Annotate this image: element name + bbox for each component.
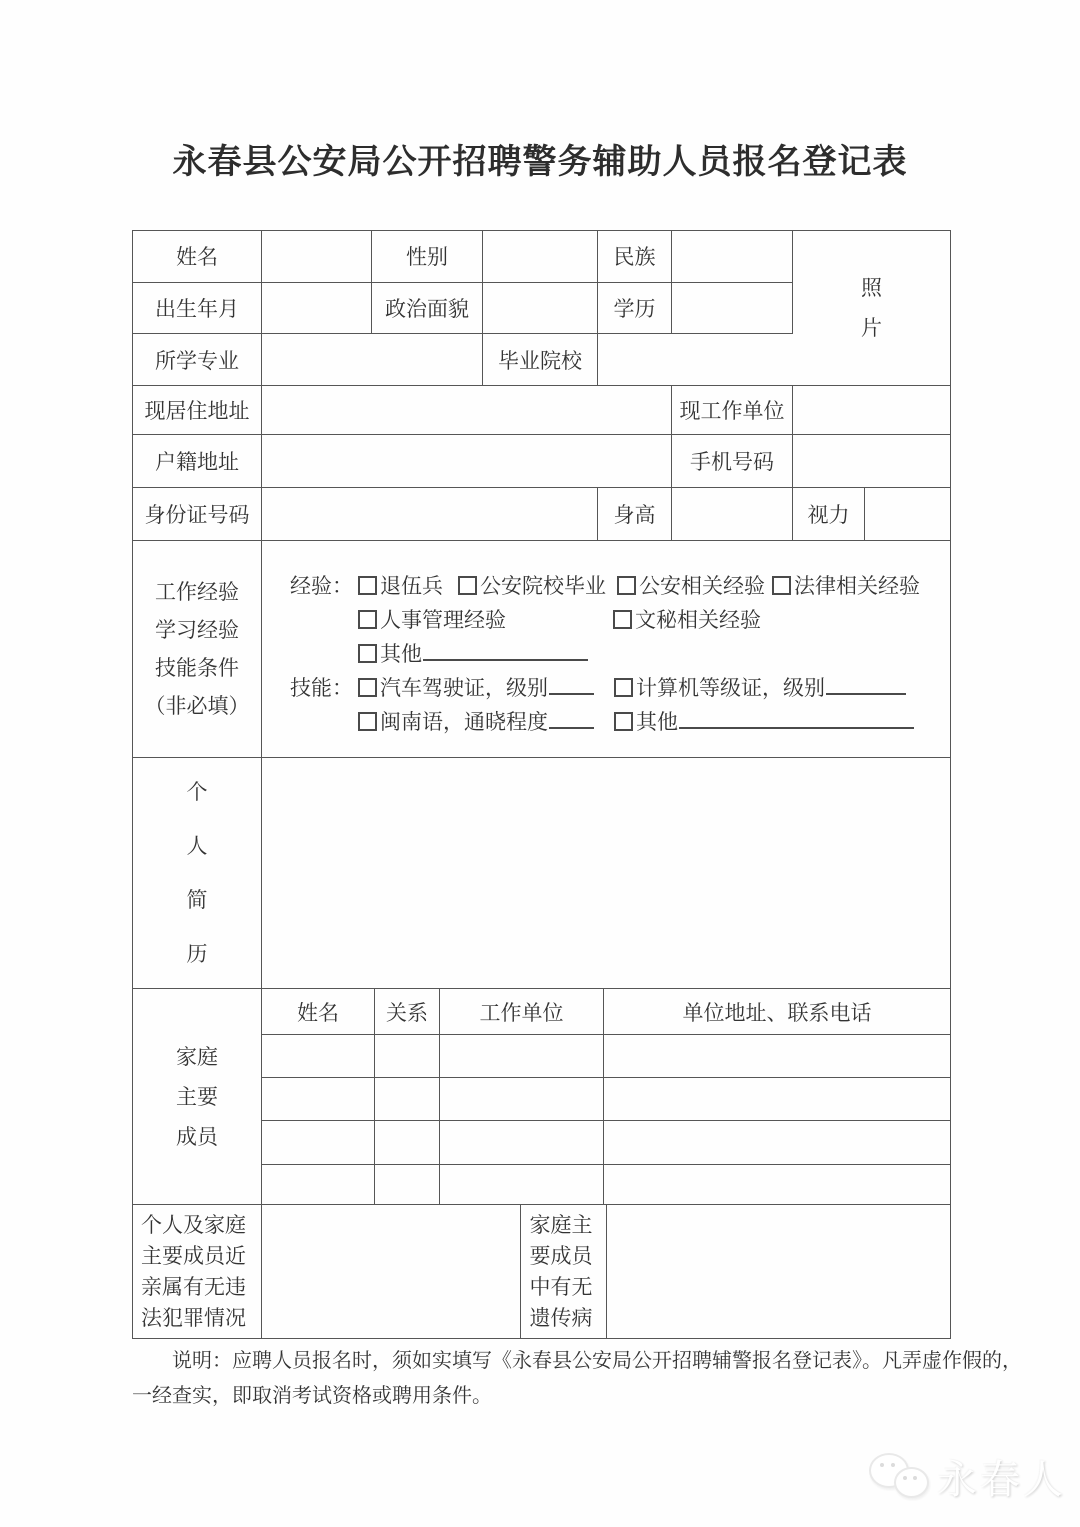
family-row-1 — [262, 1035, 950, 1078]
row-family: 家庭主要成员 姓名 关系 工作单位 单位地址、联系电话 — [133, 989, 950, 1205]
family-relation-cell — [375, 1035, 440, 1077]
school-value-cell — [598, 334, 793, 385]
checkbox-icon — [617, 576, 636, 595]
disease-value-cell — [607, 1205, 950, 1338]
crime-label: 个人及家庭主要成员近亲属有无违法犯罪情况 — [133, 1205, 262, 1338]
family-contact-cell — [604, 1165, 950, 1204]
blank-underline — [423, 645, 588, 661]
skill-option-minnan: 闽南语，通晓程度 — [358, 710, 548, 734]
registered-value-cell — [262, 435, 672, 487]
photo-cell: 照片 — [793, 231, 950, 385]
registered-label: 户籍地址 — [133, 435, 262, 487]
exp-option-police-academy: 公安院校毕业 — [458, 574, 606, 598]
exp-option-secretarial: 文秘相关经验 — [613, 608, 761, 632]
row-address: 现居住地址 现工作单位 — [133, 386, 950, 435]
family-workunit-cell — [440, 1078, 604, 1120]
name-value-cell — [262, 231, 372, 282]
checkbox-icon — [613, 610, 632, 629]
family-row-4 — [262, 1165, 950, 1204]
family-col-relation: 关系 — [375, 989, 440, 1034]
checkbox-icon — [458, 576, 477, 595]
family-name-cell — [262, 1165, 375, 1204]
exp-option-police-related: 公安相关经验 — [617, 574, 765, 598]
family-contact-cell — [604, 1078, 950, 1120]
checkbox-icon — [358, 610, 377, 629]
major-value-cell — [262, 334, 483, 385]
height-value-cell — [672, 488, 793, 540]
family-workunit-cell — [440, 1165, 604, 1204]
family-workunit-cell — [440, 1035, 604, 1077]
checkbox-icon — [358, 576, 377, 595]
skill-option-driver-license: 汽车驾驶证，级别 — [358, 676, 548, 700]
family-col-name: 姓名 — [262, 989, 375, 1034]
address-value-cell — [262, 386, 672, 434]
skill-line-2: 闽南语，通晓程度其他 — [262, 705, 950, 739]
height-label: 身高 — [598, 488, 672, 540]
row-birth-political-education: 出生年月 政治面貌 学历 — [133, 283, 793, 335]
checkbox-icon — [772, 576, 791, 595]
phone-label: 手机号码 — [672, 435, 793, 487]
address-label: 现居住地址 — [133, 386, 262, 434]
skill-option-computer-cert: 计算机等级证，级别 — [614, 676, 825, 700]
skill-option-other: 其他 — [614, 710, 678, 734]
family-relation-cell — [375, 1121, 440, 1164]
vision-value-cell — [865, 488, 950, 540]
family-header-row: 姓名 关系 工作单位 单位地址、联系电话 — [262, 989, 950, 1035]
family-relation-cell — [375, 1078, 440, 1120]
crime-value-cell — [262, 1205, 521, 1338]
school-label: 毕业院校 — [483, 334, 598, 385]
id-label: 身份证号码 — [133, 488, 262, 540]
checkbox-icon — [358, 644, 377, 663]
skill-heading: 技能： — [290, 676, 353, 700]
family-name-cell — [262, 1035, 375, 1077]
watermark-text: 永春人 — [937, 1448, 1066, 1505]
experience-line-1: 经验：退伍兵公安院校毕业公安相关经验法律相关经验 — [262, 569, 950, 603]
row-group-basic: 姓名 性别 民族 出生年月 政治面貌 学历 所学专业 — [133, 231, 950, 386]
gender-label: 性别 — [372, 231, 483, 282]
major-label: 所学专业 — [133, 334, 262, 385]
exp-option-law-related: 法律相关经验 — [772, 574, 920, 598]
photo-label: 照片 — [859, 268, 885, 348]
experience-line-3: 其他 — [262, 637, 950, 671]
ethnicity-value-cell — [672, 231, 793, 282]
family-row-2 — [262, 1078, 950, 1121]
resume-content-cell — [262, 758, 950, 988]
political-label: 政治面貌 — [372, 283, 483, 334]
experience-heading: 经验： — [290, 574, 353, 598]
row-name-gender-ethnicity: 姓名 性别 民族 — [133, 231, 793, 283]
family-col-contact: 单位地址、联系电话 — [604, 989, 950, 1034]
gender-value-cell — [483, 231, 598, 282]
blank-underline — [679, 713, 914, 729]
family-name-cell — [262, 1121, 375, 1164]
watermark: 永春人 — [867, 1447, 1066, 1505]
family-col-workunit: 工作单位 — [440, 989, 604, 1034]
family-relation-cell — [375, 1165, 440, 1204]
wechat-bubbles-icon — [867, 1447, 931, 1505]
family-workunit-cell — [440, 1121, 604, 1164]
family-side-label: 家庭主要成员 — [133, 989, 262, 1204]
experience-line-2: 人事管理经验文秘相关经验 — [262, 603, 950, 637]
form-note: 说明：应聘人员报名时，须如实填写《永春县公安局公开招聘辅警报名登记表》。凡弄虚作… — [132, 1344, 992, 1414]
note-line-2: 一经查实，即取消考试资格或聘用条件。 — [132, 1379, 992, 1414]
exp-option-veteran: 退伍兵 — [358, 574, 443, 598]
resume-side-label: 个人简历 — [133, 758, 262, 988]
education-label: 学历 — [598, 283, 672, 334]
form-page: 永春县公安局公开招聘警务辅助人员报名登记表 姓名 性别 民族 出生年月 政治面貌 — [0, 0, 1080, 1527]
family-name-cell — [262, 1078, 375, 1120]
birth-value-cell — [262, 283, 372, 334]
exp-option-hr: 人事管理经验 — [358, 608, 506, 632]
row-id-height-vision: 身份证号码 身高 视力 — [133, 488, 950, 541]
birth-label: 出生年月 — [133, 283, 262, 334]
checkbox-icon — [614, 678, 633, 697]
family-contact-cell — [604, 1035, 950, 1077]
ethnicity-label: 民族 — [598, 231, 672, 282]
employer-value-cell — [793, 386, 950, 434]
disease-label: 家庭主要成员中有无遗传病 — [521, 1205, 607, 1338]
checkbox-icon — [614, 712, 633, 731]
family-contact-cell — [604, 1121, 950, 1164]
blank-underline — [549, 713, 594, 729]
name-label: 姓名 — [133, 231, 262, 282]
employer-label: 现工作单位 — [672, 386, 793, 434]
row-record: 个人及家庭主要成员近亲属有无违法犯罪情况 家庭主要成员中有无遗传病 — [133, 1205, 950, 1338]
row-resume: 个人简历 — [133, 758, 950, 989]
checkbox-icon — [358, 712, 377, 731]
blank-underline — [826, 679, 906, 695]
experience-side-label: 工作经验 学习经验 技能条件 （非必填） — [133, 541, 262, 757]
row-registered-address: 户籍地址 手机号码 — [133, 435, 950, 488]
note-line-1: 说明：应聘人员报名时，须如实填写《永春县公安局公开招聘辅警报名登记表》。凡弄虚作… — [132, 1344, 992, 1379]
political-value-cell — [483, 283, 598, 334]
family-row-3 — [262, 1121, 950, 1165]
education-value-cell — [672, 283, 793, 334]
registration-form-table: 姓名 性别 民族 出生年月 政治面貌 学历 所学专业 — [132, 230, 951, 1339]
exp-option-other: 其他 — [358, 642, 422, 666]
family-table: 姓名 关系 工作单位 单位地址、联系电话 — [262, 989, 950, 1204]
row-experience: 工作经验 学习经验 技能条件 （非必填） 经验：退伍兵公安院校毕业公安相关经验法… — [133, 541, 950, 758]
blank-underline — [549, 679, 594, 695]
id-value-cell — [262, 488, 598, 540]
skill-line-1: 技能：汽车驾驶证，级别计算机等级证，级别 — [262, 671, 950, 705]
page-title: 永春县公安局公开招聘警务辅助人员报名登记表 — [0, 134, 1080, 183]
row-major-school: 所学专业 毕业院校 — [133, 334, 793, 385]
phone-value-cell — [793, 435, 950, 487]
checkbox-icon — [358, 678, 377, 697]
experience-content-cell: 经验：退伍兵公安院校毕业公安相关经验法律相关经验 人事管理经验文秘相关经验 其他… — [262, 541, 950, 757]
vision-label: 视力 — [793, 488, 865, 540]
